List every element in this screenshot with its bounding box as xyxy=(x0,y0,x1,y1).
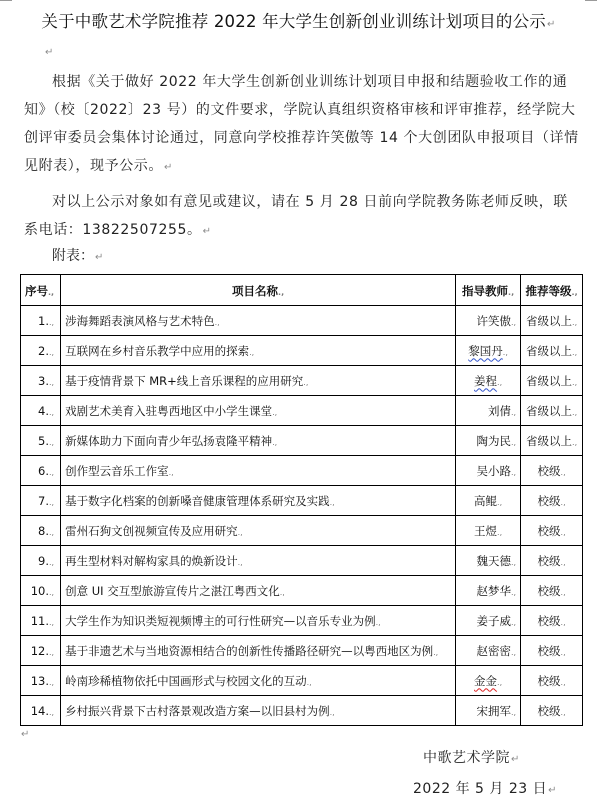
cell-no[interactable]: 12.., xyxy=(21,636,61,666)
cell-level[interactable]: 校级., xyxy=(521,696,583,726)
cell-teacher[interactable]: 许笑傲., xyxy=(456,306,521,336)
cell-name[interactable]: 基于非遗艺术与当地资源相结合的创新性传播路径研究—以粤西地区为例., xyxy=(61,636,456,666)
empty-paragraph[interactable]: ↵ xyxy=(44,40,53,59)
cell-no[interactable]: 11.., xyxy=(21,606,61,636)
cell-level[interactable]: 校级., xyxy=(521,576,583,606)
table-row: 9.., 再生型材料对解构家具的焕新设计., 魏天德., 校级., xyxy=(21,546,583,576)
page-corner-mark-right xyxy=(585,0,597,1)
cell-level[interactable]: 校级., xyxy=(521,666,583,696)
paragraph-mark-icon: ↵ xyxy=(203,226,212,237)
header-teacher[interactable]: 指导教师., xyxy=(456,275,521,306)
paragraph-mark-icon: ↵ xyxy=(547,19,556,30)
cell-level[interactable]: 校级., xyxy=(521,516,583,546)
cell-name[interactable]: 雷州石狗文创视频宣传及应用研究., xyxy=(61,516,456,546)
table-row: 5.., 新媒体助力下面向青少年弘扬袁隆平精神., 陶为民., 省级以上., xyxy=(21,426,583,456)
table-row: 4.., 戏剧艺术美育入驻粤西地区中小学生课堂., 刘倩., 省级以上., xyxy=(21,396,583,426)
table-row: 1.., 涉海舞蹈表演风格与艺术特色., 许笑傲., 省级以上., xyxy=(21,306,583,336)
cell-name[interactable]: 创意 UI 交互型旅游宣传片之湛江粤西文化., xyxy=(61,576,456,606)
cell-teacher[interactable]: 金金., xyxy=(456,666,521,696)
cell-no[interactable]: 4.., xyxy=(21,396,61,426)
table-row: 3.., 基于疫情背景下 MR+线上音乐课程的应用研究., 姜程., 省级以上.… xyxy=(21,366,583,396)
paragraph-mark-icon: ↵ xyxy=(511,754,520,765)
cell-teacher[interactable]: 刘倩., xyxy=(456,396,521,426)
cell-name[interactable]: 基于疫情背景下 MR+线上音乐课程的应用研究., xyxy=(61,366,456,396)
projects-table: 序号., 项目名称., 指导教师., 推荐等级., 1.., 涉海舞蹈表演风格与… xyxy=(20,274,583,726)
cell-no[interactable]: 3.., xyxy=(21,366,61,396)
cell-no[interactable]: 13.., xyxy=(21,666,61,696)
page-corner-mark-left xyxy=(0,0,12,1)
cell-no[interactable]: 7.., xyxy=(21,486,61,516)
cell-no[interactable]: 1.., xyxy=(21,306,61,336)
paragraph-mark-icon: ↵ xyxy=(21,729,29,740)
table-row: 8.., 雷州石狗文创视频宣传及应用研究., 王煜., 校级., xyxy=(21,516,583,546)
signature-organization[interactable]: 中歌艺术学院↵ xyxy=(423,747,520,767)
cell-level[interactable]: 省级以上., xyxy=(521,426,583,456)
cell-name[interactable]: 新媒体助力下面向青少年弘扬袁隆平精神., xyxy=(61,426,456,456)
cell-teacher[interactable]: 赵梦华., xyxy=(456,576,521,606)
cell-level[interactable]: 省级以上., xyxy=(521,366,583,396)
table-row: 14.., 乡村振兴背景下古村落景观改造方案—以旧县村为例., 宋拥军., 校级… xyxy=(21,696,583,726)
paragraph-mark-icon: ↵ xyxy=(45,47,53,58)
cell-teacher[interactable]: 高鲲., xyxy=(456,486,521,516)
paragraph-text: 根据《关于做好 2022 年大学生创新创业训练计划项目申报和结题验收工作的通知》… xyxy=(24,74,579,174)
table-row: 6.., 创作型云音乐工作室., 吴小路., 校级., xyxy=(21,456,583,486)
cell-name[interactable]: 创作型云音乐工作室., xyxy=(61,456,456,486)
cell-no[interactable]: 9.., xyxy=(21,546,61,576)
cell-teacher[interactable]: 姜程., xyxy=(456,366,521,396)
attachment-label[interactable]: 附表：↵ xyxy=(52,245,103,265)
date-text: 2022 年 5 月 23 日 xyxy=(413,781,547,797)
document-title-text: 关于中歌艺术学院推荐 2022 年大学生创新创业训练计划项目的公示 xyxy=(41,12,546,31)
table-row: 12.., 基于非遗艺术与当地资源相结合的创新性传播路径研究—以粤西地区为例.,… xyxy=(21,636,583,666)
spellcheck-underline: 黎国丹 xyxy=(468,344,503,358)
cell-name[interactable]: 基于数字化档案的创新嗓音健康管理体系研究及实践., xyxy=(61,486,456,516)
cell-teacher[interactable]: 黎国丹., xyxy=(456,336,521,366)
cell-level[interactable]: 校级., xyxy=(521,456,583,486)
cell-teacher[interactable]: 姜子威., xyxy=(456,606,521,636)
table-row: 11.., 大学生作为知识类短视频博主的可行性研究—以音乐专业为例., 姜子威.… xyxy=(21,606,583,636)
cell-name[interactable]: 再生型材料对解构家具的焕新设计., xyxy=(61,546,456,576)
cell-name[interactable]: 涉海舞蹈表演风格与艺术特色., xyxy=(61,306,456,336)
cell-no[interactable]: 6.., xyxy=(21,456,61,486)
cell-no[interactable]: 10.., xyxy=(21,576,61,606)
cell-no[interactable]: 14.., xyxy=(21,696,61,726)
cell-name[interactable]: 乡村振兴背景下古村落景观改造方案—以旧县村为例., xyxy=(61,696,456,726)
cell-teacher[interactable]: 魏天德., xyxy=(456,546,521,576)
cell-name[interactable]: 大学生作为知识类短视频博主的可行性研究—以音乐专业为例., xyxy=(61,606,456,636)
paragraph-mark-icon: ↵ xyxy=(164,162,173,173)
cell-level[interactable]: 省级以上., xyxy=(521,336,583,366)
cell-teacher[interactable]: 赵密密., xyxy=(456,636,521,666)
cell-level[interactable]: 省级以上., xyxy=(521,306,583,336)
header-name[interactable]: 项目名称., xyxy=(61,275,456,306)
table-row: 13.., 岭南珍稀植物依托中国画形式与校园文化的互动., 金金., 校级., xyxy=(21,666,583,696)
cell-no[interactable]: 2.., xyxy=(21,336,61,366)
cell-level[interactable]: 校级., xyxy=(521,486,583,516)
cell-name[interactable]: 戏剧艺术美育入驻粤西地区中小学生课堂., xyxy=(61,396,456,426)
cell-level[interactable]: 校级., xyxy=(521,546,583,576)
header-no[interactable]: 序号., xyxy=(21,275,61,306)
paragraph-mark-icon: ↵ xyxy=(95,252,103,263)
cell-teacher[interactable]: 王煜., xyxy=(456,516,521,546)
cell-name[interactable]: 岭南珍稀植物依托中国画形式与校园文化的互动., xyxy=(61,666,456,696)
cell-level[interactable]: 校级., xyxy=(521,606,583,636)
organization-text: 中歌艺术学院 xyxy=(423,750,510,766)
table-header-row: 序号., 项目名称., 指导教师., 推荐等级., xyxy=(21,275,583,306)
table-row: 10.., 创意 UI 交互型旅游宣传片之湛江粤西文化., 赵梦华., 校级., xyxy=(21,576,583,606)
body-paragraph-contact[interactable]: 对以上公示对象如有意见或建议，请在 5 月 28 日前向学院教务陈老师反映，联系… xyxy=(24,188,580,246)
spellcheck-underline: 姜程 xyxy=(474,374,497,388)
table-row: 7.., 基于数字化档案的创新嗓音健康管理体系研究及实践., 高鲲., 校级., xyxy=(21,486,583,516)
cell-no[interactable]: 5.., xyxy=(21,426,61,456)
document-title[interactable]: 关于中歌艺术学院推荐 2022 年大学生创新创业训练计划项目的公示↵ xyxy=(0,8,597,32)
spellcheck-underline: 金金 xyxy=(474,674,497,688)
cell-teacher[interactable]: 宋拥军., xyxy=(456,696,521,726)
body-paragraph-notice[interactable]: 根据《关于做好 2022 年大学生创新创业训练计划项目申报和结题验收工作的通知》… xyxy=(24,68,580,182)
cell-teacher[interactable]: 陶为民., xyxy=(456,426,521,456)
paragraph-text: 对以上公示对象如有意见或建议，请在 5 月 28 日前向学院教务陈老师反映，联系… xyxy=(24,194,568,238)
signature-date[interactable]: 2022 年 5 月 23 日↵ xyxy=(413,778,557,798)
table-row: 2.., 互联网在乡村音乐教学中应用的探索., 黎国丹., 省级以上., xyxy=(21,336,583,366)
paragraph-mark-icon: ↵ xyxy=(548,785,557,796)
cell-teacher[interactable]: 吴小路., xyxy=(456,456,521,486)
cell-name[interactable]: 互联网在乡村音乐教学中应用的探索., xyxy=(61,336,456,366)
empty-paragraph-after-table[interactable]: ↵ xyxy=(20,722,29,741)
cell-level[interactable]: 省级以上., xyxy=(521,396,583,426)
attachment-label-text: 附表： xyxy=(52,248,94,264)
cell-level[interactable]: 校级., xyxy=(521,636,583,666)
cell-no[interactable]: 8.., xyxy=(21,516,61,546)
header-level[interactable]: 推荐等级., xyxy=(521,275,583,306)
